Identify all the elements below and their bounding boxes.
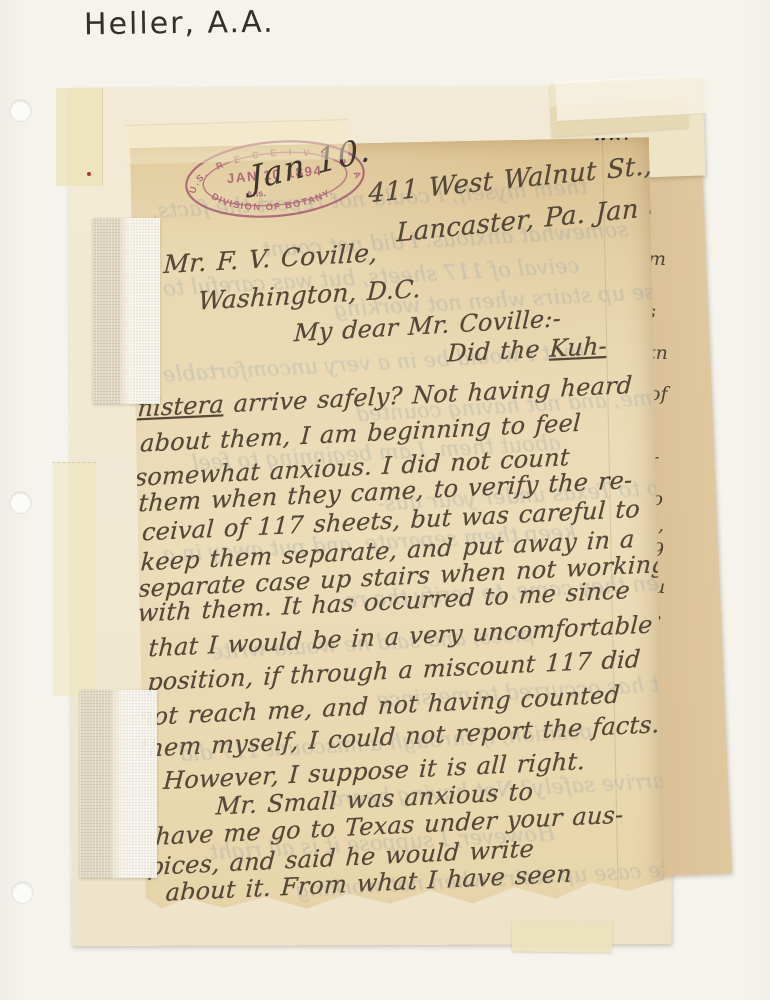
punch-hole-bottom xyxy=(12,882,33,903)
tape-over-stamp xyxy=(126,119,349,165)
red-ink-speck xyxy=(87,172,91,176)
tape-bottom-right xyxy=(512,920,612,952)
punch-hole-middle xyxy=(10,492,31,513)
cloth-tape-lower-left xyxy=(80,690,157,878)
catalog-label: Heller, A.A. xyxy=(84,5,275,43)
tape-left-middle xyxy=(52,462,96,696)
punch-hole-top xyxy=(10,100,31,121)
letter-sheet: WAT them myself, I could not report the … xyxy=(130,137,665,912)
tape-top-right-upper xyxy=(555,74,709,122)
edge-ink-fragment: , xyxy=(658,514,664,536)
cloth-tape-upper-left xyxy=(93,218,160,404)
tape-top-left xyxy=(55,88,103,186)
archival-letter-scan: Heller, A.A. mstnof-to,9ue WAT them myse… xyxy=(0,0,770,1000)
